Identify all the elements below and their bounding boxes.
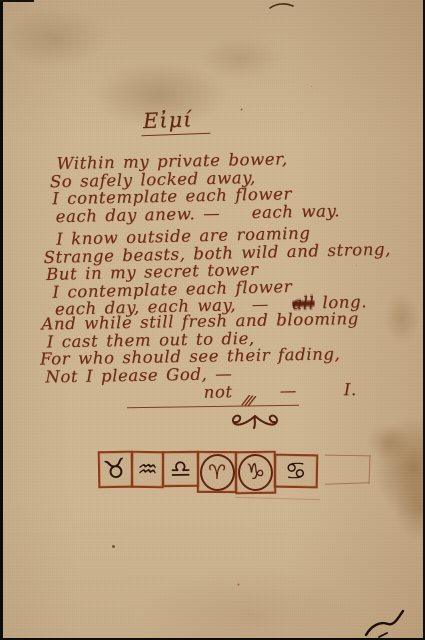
scan-edge-top <box>0 0 34 2</box>
sketch-line <box>325 482 369 485</box>
ink-specks <box>112 545 115 548</box>
manuscript-page: Εἰμί Within my private bower, So safely … <box>0 0 425 640</box>
title-block: Εἰμί <box>141 108 210 135</box>
bottom-ink-squiggle <box>366 611 403 635</box>
zodiac-box-aries: ♈ <box>197 451 237 493</box>
zodiac-box-aquarius: ♒ <box>131 451 165 488</box>
capricorn-icon: ♑ <box>245 460 265 485</box>
top-pen-mark <box>270 4 293 8</box>
aries-icon: ♈ <box>208 460 226 484</box>
scan-edge-left <box>0 0 3 640</box>
page-title: Εἰμί <box>141 107 211 136</box>
zodiac-box-libra: ♎ <box>162 451 199 487</box>
divider-rule <box>127 405 299 408</box>
aquarius-icon: ♒ <box>137 456 158 482</box>
circle-frame: ♑ <box>238 454 274 491</box>
taurus-icon: ♉ <box>101 453 130 487</box>
zodiac-row: ♉ ♒ ♎ ♈ ♑ ♋ <box>100 451 318 494</box>
stanza-2: I know outside are roaming Strange beast… <box>43 221 425 318</box>
sketch-line <box>369 456 371 484</box>
bottom-ink-tick <box>379 633 387 637</box>
circle-frame: ♈ <box>199 453 234 490</box>
zodiac-box-capricorn: ♑ <box>235 451 277 495</box>
stanza-3: And while still fresh and blooming I cas… <box>39 308 425 404</box>
sketch-line <box>325 455 371 457</box>
stanza-1: Within my private bower, So safely locke… <box>49 147 425 226</box>
sketch-line <box>235 497 320 500</box>
closing-line: not — I. <box>203 379 425 401</box>
zodiac-box-taurus: ♉ <box>98 451 134 489</box>
cancer-icon: ♋ <box>284 456 307 485</box>
zodiac-box-cancer: ♋ <box>274 454 319 489</box>
flourish-icon <box>230 410 280 436</box>
libra-icon: ♎ <box>170 455 192 483</box>
